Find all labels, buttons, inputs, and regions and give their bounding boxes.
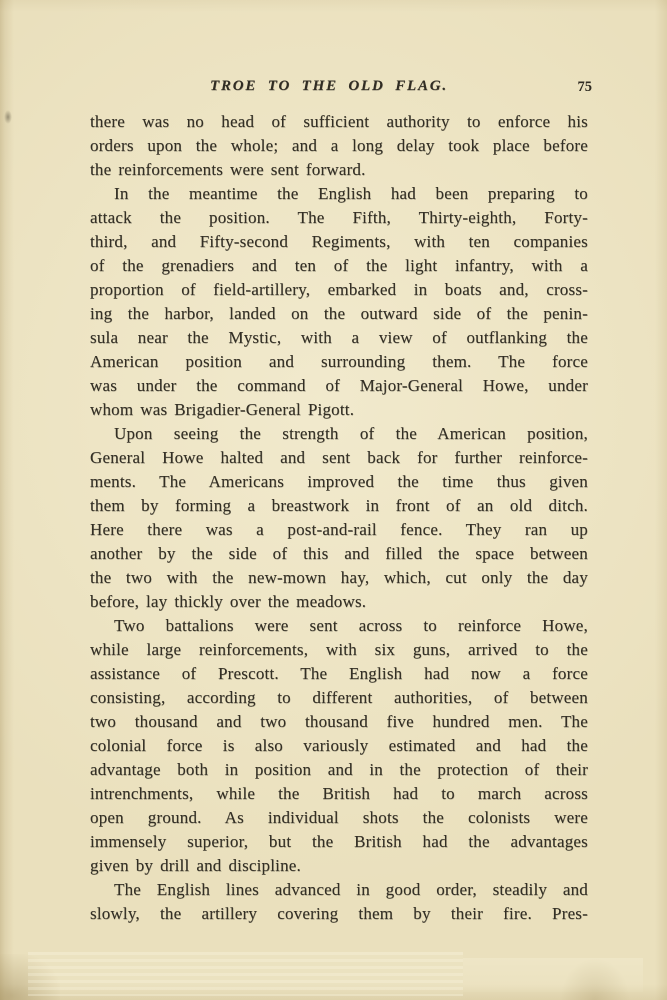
page-body: there was no head of sufficient authorit… xyxy=(90,110,588,926)
text-line: Upon seeing the strength of the American… xyxy=(90,422,588,446)
text-line: Two battalions were sent across to reinf… xyxy=(90,614,588,638)
text-line: of the grenadiers and ten of the light i… xyxy=(90,254,588,278)
text-line: colonial force is also variously estimat… xyxy=(90,734,588,758)
text-line: ing the harbor, landed on the outward si… xyxy=(90,302,588,326)
text-line: open ground. As individual shots the col… xyxy=(90,806,588,830)
text-line: assistance of Prescott. The English had … xyxy=(90,662,588,686)
text-line: them by forming a breastwork in front of… xyxy=(90,494,588,518)
text-line: The English lines advanced in good order… xyxy=(90,878,588,902)
paragraph: The English lines advanced in good order… xyxy=(90,878,588,926)
text-line: proportion of field-artillery, embarked … xyxy=(90,278,588,302)
page-number: 75 xyxy=(578,79,593,96)
paragraph: Upon seeing the strength of the American… xyxy=(90,422,588,614)
text-line: attack the position. The Fifth, Thirty-e… xyxy=(90,206,588,230)
text-line: another by the side of this and filled t… xyxy=(90,542,588,566)
text-line: Here there was a post-and-rail fence. Th… xyxy=(90,518,588,542)
text-line: sula near the Mystic, with a view of out… xyxy=(90,326,588,350)
scan-light-band xyxy=(28,952,463,996)
paper-smudge xyxy=(560,958,630,1000)
text-line: third, and Fifty-second Regiments, with … xyxy=(90,230,588,254)
text-line: while large reinforcements, with six gun… xyxy=(90,638,588,662)
text-line: In the meantime the English had been pre… xyxy=(90,182,588,206)
text-block: TROE TO THE OLD FLAG. 75 there was no he… xyxy=(90,78,588,926)
text-line: before, lay thickly over the meadows. xyxy=(90,590,588,614)
text-line: the reinforcements were sent forward. xyxy=(90,158,588,182)
text-line: consisting, according to different autho… xyxy=(90,686,588,710)
paragraph: In the meantime the English had been pre… xyxy=(90,182,588,422)
text-line: whom was Brigadier-General Pigott. xyxy=(90,398,588,422)
text-line: American position and surrounding them. … xyxy=(90,350,588,374)
text-line: advantage both in position and in the pr… xyxy=(90,758,588,782)
paragraph: there was no head of sufficient authorit… xyxy=(90,110,588,182)
running-header: TROE TO THE OLD FLAG. 75 xyxy=(90,78,588,100)
running-header-title: TROE TO THE OLD FLAG. xyxy=(90,78,568,95)
ink-smudge xyxy=(4,110,12,124)
text-line: ments. The Americans improved the time t… xyxy=(90,470,588,494)
text-line: slowly, the artillery covering them by t… xyxy=(90,902,588,926)
book-page-scan: TROE TO THE OLD FLAG. 75 there was no he… xyxy=(0,0,667,1000)
text-line: given by drill and discipline. xyxy=(90,854,588,878)
paragraph: Two battalions were sent across to reinf… xyxy=(90,614,588,878)
text-line: orders upon the whole; and a long delay … xyxy=(90,134,588,158)
text-line: intrenchments, while the British had to … xyxy=(90,782,588,806)
text-line: was under the command of Major-General H… xyxy=(90,374,588,398)
text-line: the two with the new-mown hay, which, cu… xyxy=(90,566,588,590)
text-line: there was no head of sufficient authorit… xyxy=(90,110,588,134)
text-line: two thousand and two thousand five hundr… xyxy=(90,710,588,734)
text-line: immensely superior, but the British had … xyxy=(90,830,588,854)
text-line: General Howe halted and sent back for fu… xyxy=(90,446,588,470)
